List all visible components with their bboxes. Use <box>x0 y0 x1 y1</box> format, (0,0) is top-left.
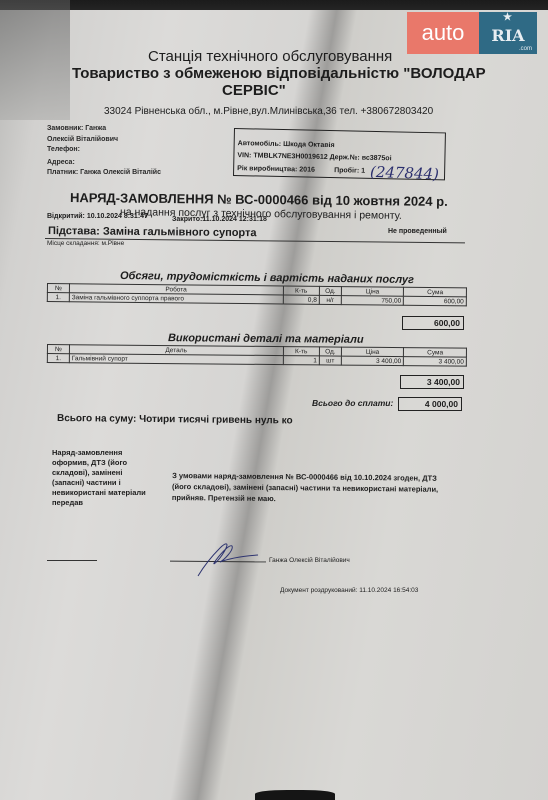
total-payable-label: Всього до сплати: <box>312 398 393 408</box>
vehicle-vin: VIN: TMBLK7NE3H0019612 Держ.№: вс3875оі <box>237 152 391 162</box>
payer-label: Платник: Ганжа Олексій Віталійс <box>47 169 161 176</box>
watermark-ria: ★ RIA .com <box>479 12 537 54</box>
order-basis: Підстава: Заміна гальмівного супорта <box>48 225 257 239</box>
station-heading: Станція технічного обслуговування <box>148 48 392 65</box>
parts-table: № Деталь К-ть Од. Ціна Сума 1. Гальмівни… <box>47 344 467 367</box>
vehicle-model: Автомобіль: Шкода Октавія <box>238 140 335 149</box>
signature-icon <box>190 538 260 580</box>
company-address: 33024 Рівненська обл., м.Рівне,вул.Млині… <box>104 106 433 117</box>
order-status: Не проведенный <box>388 228 447 235</box>
autoria-watermark: auto ★ RIA .com <box>407 12 537 54</box>
signature-line-left <box>47 560 97 561</box>
background-surface-bottom <box>255 790 335 800</box>
place-of-issue: Місце складання: м.Рівне <box>47 240 124 247</box>
closed-date: Закрито:11.10.2024 12:31:18 <box>172 216 267 223</box>
col-qty: К-ть <box>283 286 320 295</box>
watermark-auto: auto <box>407 12 479 54</box>
client-label: Замовник: Ганжа <box>47 125 106 132</box>
parts-total: 3 400,00 <box>400 375 464 389</box>
total-payable-amount: 4 000,00 <box>398 397 462 411</box>
client-name-cont: Олексій Віталійович <box>47 136 118 143</box>
signer-name: Ганжа Олексій Віталійович <box>269 557 350 564</box>
handover-statement: Наряд-замовлення оформив, ДТЗ (його скла… <box>52 448 152 508</box>
opened-date: Відкритий: 10.10.2024 8:31:47 <box>47 213 148 220</box>
company-name: Товариство з обмеженою відповідальністю … <box>72 65 486 82</box>
company-name-cont: СЕРВІС" <box>222 82 286 99</box>
vehicle-mileage: Пробіг: 1 <box>334 167 365 175</box>
col-number: № <box>47 284 69 293</box>
printed-timestamp: Документ роздрукований: 11.10.2024 16:54… <box>280 587 418 594</box>
watermark-ria-text: RIA <box>491 26 524 45</box>
handwritten-mileage: (247844) <box>370 163 440 183</box>
col-unit: Од. <box>319 286 341 295</box>
shadow <box>0 0 70 120</box>
watermark-suffix: .com <box>519 45 532 53</box>
vehicle-year: Рік виробництва: 2016 <box>237 165 315 174</box>
phone-label: Телефон: <box>47 146 80 153</box>
services-total: 600,00 <box>402 316 464 330</box>
parts-title: Використані деталі та матеріали <box>168 332 364 346</box>
address-label: Адреса: <box>47 159 75 166</box>
star-icon: ★ <box>503 12 512 24</box>
acceptance-statement: З умовами наряд-замовлення № ВС-0000466 … <box>172 470 452 506</box>
